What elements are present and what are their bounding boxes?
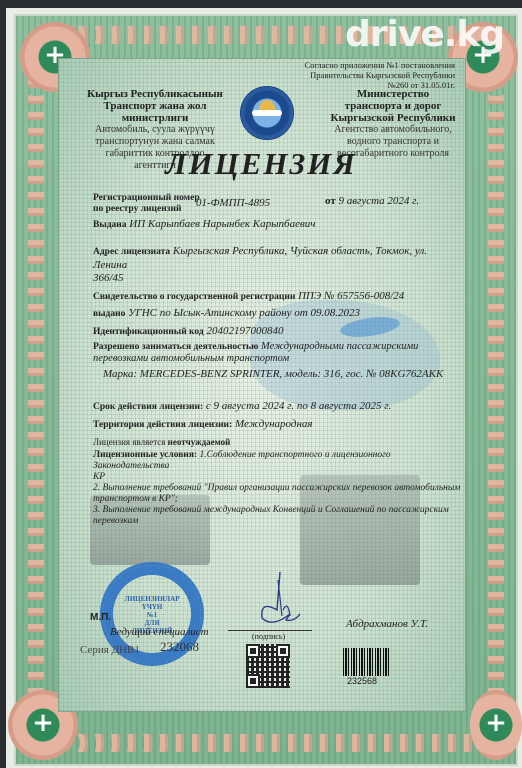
rosette-icon [470, 690, 522, 760]
state-registration: Свидетельство о государственной регистра… [93, 290, 404, 302]
qr-code[interactable] [246, 644, 290, 688]
issued-by-value: УГНС по Ысык-Атинскому району от 09.08.2… [128, 307, 360, 319]
condition-item: 3. Выполнение требований международных К… [93, 505, 449, 515]
condition-item: КР [93, 472, 105, 482]
kyrgyz-emblem-icon [240, 86, 294, 140]
issuer-sub-line: Агентство автомобильного, [318, 124, 468, 136]
series-label: Серия ДНВ1 [80, 644, 140, 656]
qr-finder [246, 644, 260, 658]
activity-value-line2: перевозками автомобильным транспортом [93, 353, 289, 364]
license-territory: Территория действия лицензии: Международ… [93, 418, 313, 430]
issued-to: Выдана ИП Карыпбаев Нарынбек Карыпбаевич [93, 218, 315, 230]
issued-to-label: Выдана [93, 220, 127, 230]
signature-caption: (подпись) [252, 632, 285, 641]
signature-icon [250, 570, 308, 630]
condition-item: перевозкам [93, 516, 138, 526]
barcode [343, 648, 389, 676]
watermark-logo: drive.kg [345, 14, 504, 55]
date-value: 9 августа 2024 г. [339, 195, 420, 207]
registration-date: от 9 августа 2024 г. [325, 195, 419, 207]
conditions-label: Лицензионные условия: [93, 450, 197, 460]
id-code-label: Идентификационный код [93, 327, 204, 337]
condition-item: транспортом в КР"; [93, 494, 178, 504]
vehicle-info: Марка: MERCEDES-BENZ SPRINTER, модель: 3… [103, 368, 443, 380]
condition-item: 2. Выполнение требований "Правил организ… [93, 483, 460, 493]
territory-value: Международная [235, 418, 313, 430]
territory-label: Территория действия лицензии: [93, 420, 232, 430]
state-registration-value: ППЭ № 657556-008/24 [298, 290, 404, 302]
decree-line: Согласно приложения №1 постановления [300, 60, 455, 70]
identification-code: Идентификационный код 20402197000840 [93, 325, 283, 337]
document-title: ЛИЦЕНЗИЯ [0, 146, 522, 182]
registration-label-line: по реестру лицензий [93, 204, 200, 215]
issuer-sub-line: Автомобиль, суула жүрүүчү [80, 124, 230, 136]
issuer-title-line: Кыргызской Республики [318, 112, 468, 124]
registration-label-line: Регистрационный номер [93, 193, 200, 204]
signature-line [228, 630, 312, 631]
government-decree-note: Согласно приложения №1 постановления Пра… [300, 60, 455, 90]
id-code-value: 20402197000840 [206, 325, 283, 337]
seal-place-label: М.П. [90, 612, 111, 623]
issuer-title-line: министрлиги [80, 112, 230, 124]
signer-name: Абдрахманов У.Т. [346, 618, 428, 630]
stamp-line: ҮЧҮН [103, 603, 201, 611]
validity-label: Срок действия лицензии: [93, 402, 203, 412]
license-validity: Срок действия лицензии: с 9 августа 2024… [93, 400, 391, 412]
issuer-title-line: Министерство [318, 88, 468, 100]
barcode-number: 232568 [347, 676, 377, 686]
issued-by-label: выдано [93, 309, 125, 319]
non-transferable-note: Лицензия является неотчуждаемой [93, 437, 230, 447]
stamp-line: ЛИЦЕНЗИЯЛАР [103, 595, 201, 603]
registration-label: Регистрационный номер по реестру лицензи… [93, 193, 200, 215]
date-label: от [325, 195, 336, 207]
form-number: 232068 [160, 639, 199, 655]
qr-finder [276, 644, 290, 658]
activity-value: Международными пассажирскими [261, 341, 418, 352]
decree-line: Правительства Кыргызской Республики [300, 70, 455, 80]
issued-to-value: ИП Карыпбаев Нарынбек Карыпбаевич [129, 218, 315, 230]
stamp-line: №1 [103, 611, 201, 619]
validity-value: с 9 августа 2024 г. по 8 августа 2025 г. [206, 400, 391, 412]
permitted-activity: Разрешено заниматься деятельностью Между… [93, 341, 443, 365]
registration-number: 01-ФМПП-4895 [196, 197, 270, 209]
qr-finder [246, 674, 260, 688]
state-registration-label: Свидетельство о государственной регистра… [93, 292, 295, 302]
licensee-address: Адрес лицензиата Кыргызская Республика, … [93, 245, 453, 285]
non-transferable-prefix: Лицензия является [93, 437, 165, 447]
issued-by: выдано УГНС по Ысык-Атинскому району от … [93, 307, 360, 319]
issuer-title-line: Транспорт жана жол [80, 100, 230, 112]
issuer-title-line: транспорта и дорог [318, 100, 468, 112]
non-transferable-value: неотчуждаемой [168, 437, 231, 447]
rope-border-bottom [56, 734, 476, 752]
address-value-line2: 366/45 [93, 272, 124, 284]
signer-role: Ведущий специалист [110, 626, 209, 638]
address-label: Адрес лицензиата [93, 247, 170, 257]
license-conditions: Лицензионные условия: 1.Соблюдение транс… [93, 450, 463, 527]
activity-label: Разрешено заниматься деятельностью [93, 342, 258, 352]
issuer-title-line: Кыргыз Республикасынын [80, 88, 230, 100]
